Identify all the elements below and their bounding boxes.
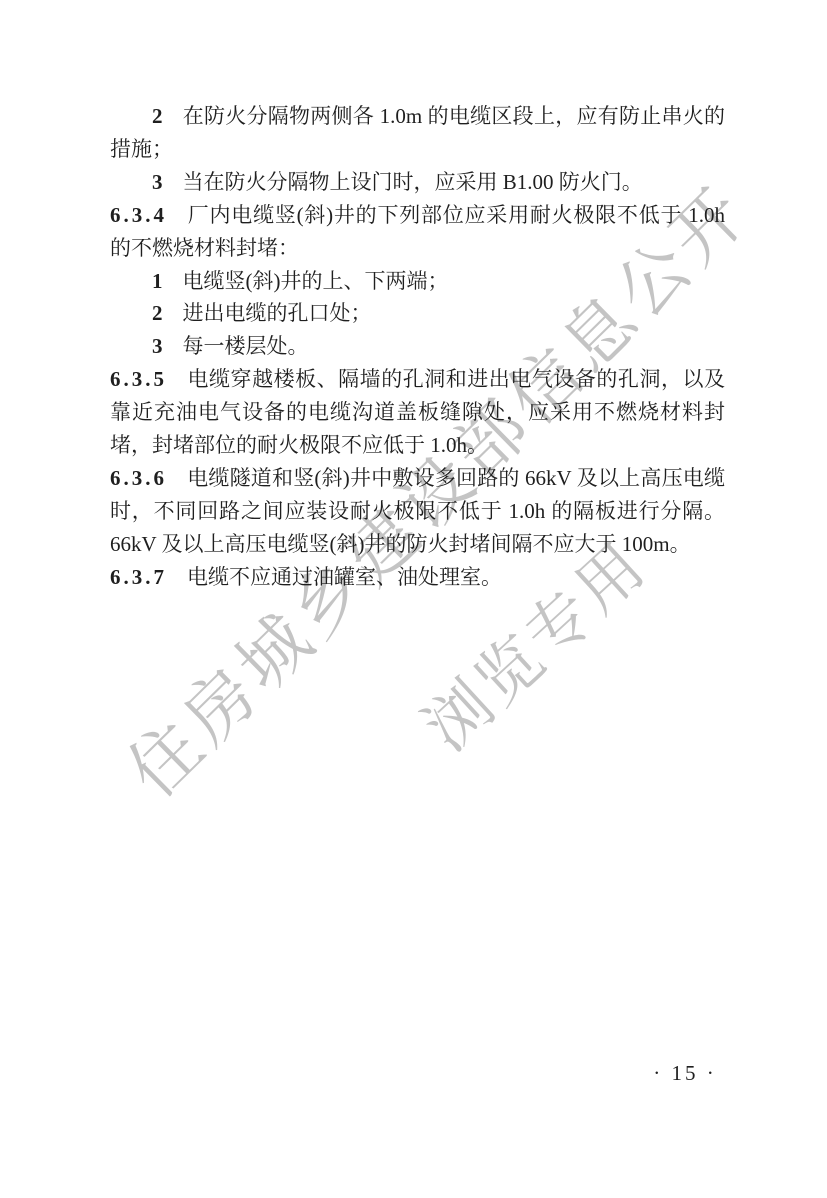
item-number: 3	[152, 334, 163, 358]
document-body: 2在防火分隔物两侧各 1.0m 的电缆区段上，应有防止串火的措施； 3当在防火分…	[110, 100, 725, 594]
list-item-2a: 2在防火分隔物两侧各 1.0m 的电缆区段上，应有防止串火的措施；	[110, 100, 725, 166]
list-item-1b: 1电缆竖(斜)井的上、下两端；	[110, 265, 725, 298]
clause-6-3-5: 6.3.5电缆穿越楼板、隔墙的孔洞和进出电气设备的孔洞，以及靠近充油电气设备的电…	[110, 363, 725, 462]
item-number: 1	[152, 269, 163, 293]
item-number: 3	[152, 170, 163, 194]
list-item-3a: 3当在防火分隔物上设门时，应采用 B1.00 防火门。	[110, 166, 725, 199]
clause-number: 6.3.6	[110, 466, 167, 490]
clause-text: 电缆不应通过油罐室、油处理室。	[187, 565, 502, 589]
clause-number: 6.3.4	[110, 203, 167, 227]
clause-6-3-6: 6.3.6电缆隧道和竖(斜)井中敷设多回路的 66kV 及以上高压电缆时，不同回…	[110, 462, 725, 561]
item-text: 在防火分隔物两侧各 1.0m 的电缆区段上，应有防止串火的措施；	[110, 104, 725, 161]
item-text: 当在防火分隔物上设门时，应采用 B1.00 防火门。	[183, 170, 643, 194]
clause-6-3-7: 6.3.7电缆不应通过油罐室、油处理室。	[110, 561, 725, 594]
page-number: · 15 ·	[648, 1061, 722, 1086]
item-text: 进出电缆的孔口处；	[183, 301, 372, 325]
clause-number: 6.3.5	[110, 367, 167, 391]
list-item-2b: 2进出电缆的孔口处；	[110, 297, 725, 330]
item-text: 电缆竖(斜)井的上、下两端；	[183, 269, 449, 293]
clause-number: 6.3.7	[110, 565, 167, 589]
list-item-3b: 3每一楼层处。	[110, 330, 725, 363]
clause-text: 电缆隧道和竖(斜)井中敷设多回路的 66kV 及以上高压电缆时，不同回路之间应装…	[110, 466, 725, 556]
document-page: 住房城乡建设部信息公开 浏览专用 2在防火分隔物两侧各 1.0m 的电缆区段上，…	[0, 0, 827, 1198]
item-number: 2	[152, 301, 163, 325]
item-number: 2	[152, 104, 163, 128]
clause-text: 厂内电缆竖(斜)井的下列部位应采用耐火极限不低于 1.0h 的不燃烧材料封堵：	[110, 203, 725, 260]
clause-6-3-4: 6.3.4厂内电缆竖(斜)井的下列部位应采用耐火极限不低于 1.0h 的不燃烧材…	[110, 199, 725, 265]
clause-text: 电缆穿越楼板、隔墙的孔洞和进出电气设备的孔洞，以及靠近充油电气设备的电缆沟道盖板…	[110, 367, 725, 457]
item-text: 每一楼层处。	[183, 334, 309, 358]
